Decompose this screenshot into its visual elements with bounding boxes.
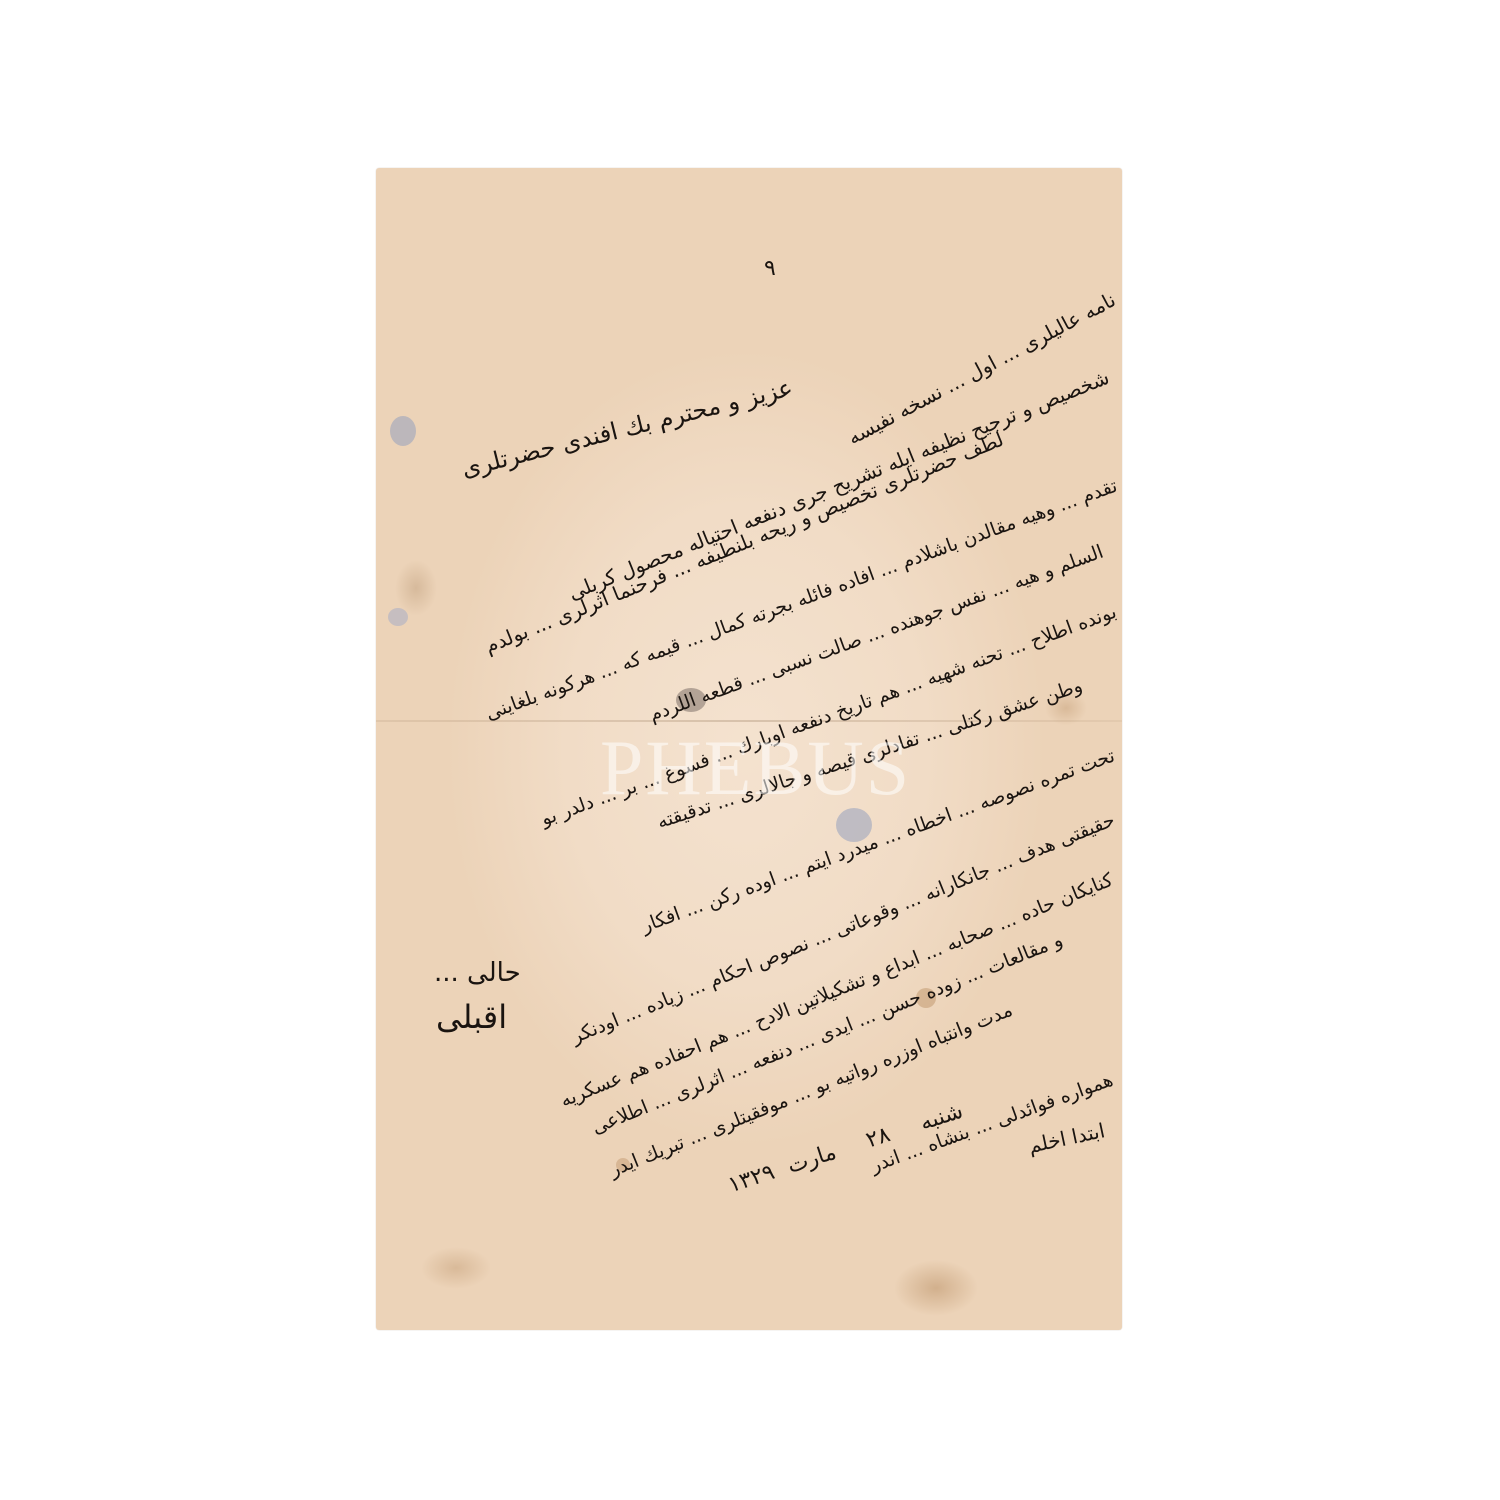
ink-blot: [390, 416, 416, 446]
signature-line-2: اقبلى: [436, 998, 507, 1036]
salutation: عزيز و محترم بك افندى حضرتلرى: [459, 373, 796, 482]
ink-blot: [388, 608, 408, 626]
letter-paper: ٩ عزيز و محترم بك افندى حضرتلرى نامه عال…: [376, 168, 1122, 1330]
watermark: PHEBUS: [600, 723, 911, 813]
closing-text: ابتدا اخلم: [1026, 1118, 1107, 1158]
signature-line-1: حالى ...: [434, 958, 521, 988]
body-line: و مقالعات ... زوده حسن ... ايدى ... دنفع…: [589, 929, 1066, 1139]
date-year: ١٣٢٩: [725, 1160, 778, 1198]
date-month: مارت: [784, 1140, 839, 1179]
page-number: ٩: [764, 256, 776, 281]
